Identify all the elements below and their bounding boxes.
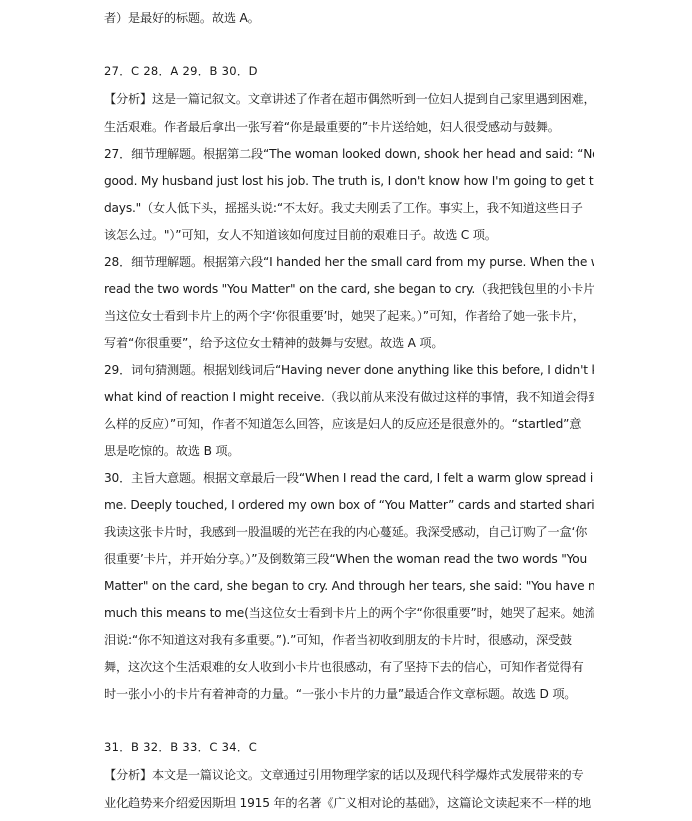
text-line: 业化趋势来介绍爱因斯坦 1915 年的名著《广义相对论的基础》，这篇论文读起来不… — [104, 794, 594, 812]
text-line: 写着“你很重要”，给予这位女士精神的鼓舞与安慰。故选 A 项。 — [104, 334, 594, 352]
text-line: 【分析】这是一篇记叙文。文章讲述了作者在超市偶然听到一位妇人提到自己家里遇到困难… — [104, 90, 594, 108]
answer-key-line: 31．B 32．B 33．C 34．C — [104, 738, 594, 756]
text-line: good. My husband just lost his job. The … — [104, 172, 594, 190]
text-line: 27．细节理解题。根据第二段“The woman looked down, sh… — [104, 145, 594, 163]
text-line: what kind of reaction I might receive.（我… — [104, 388, 594, 406]
text-line: me. Deeply touched, I ordered my own box… — [104, 496, 594, 514]
text-line: 28．细节理解题。根据第六段“I handed her the small ca… — [104, 253, 594, 271]
text-line: 很重要’卡片，并开始分享。）”及倒数第三段“When the woman rea… — [104, 550, 594, 568]
text-line: 泪说:“你不知道这对我有多重要。”).”可知，作者当初收到朋友的卡片时，很感动，… — [104, 631, 594, 649]
text-line: 该怎么过。"）”可知，女人不知道该如何度过目前的艰难日子。故选 C 项。 — [104, 226, 594, 244]
text-line: 我读这张卡片时，我感到一股温暖的光芒在我的内心蔓延。我深受感动，自己订购了一盒‘… — [104, 523, 594, 541]
text-line: 29．词句猜测题。根据划线词后“Having never done anythi… — [104, 361, 594, 379]
text-line: days."（女人低下头，摇摇头说:“不太好。我丈夫刚丢了工作。事实上，我不知道… — [104, 199, 594, 217]
text-line: 当这位女士看到卡片上的两个字‘你很重要’时，她哭了起来。）”可知，作者给了她一张… — [104, 307, 594, 325]
text-line: Matter" on the card, she began to cry. A… — [104, 577, 594, 595]
text-line: 生活艰难。作者最后拿出一张写着“你是最重要的”卡片送给她，妇人很受感动与鼓舞。 — [104, 118, 594, 136]
text-line: 【分析】本文是一篇议论文。文章通过引用物理学家的话以及现代科学爆炸式发展带来的专 — [104, 766, 594, 784]
text-line: 时一张小小的卡片有着神奇的力量。“一张小卡片的力量”最适合作文章标题。故选 D … — [104, 685, 594, 703]
text-line: 者）是最好的标题。故选 A。 — [104, 9, 594, 27]
text-line: 么样的反应）”可知，作者不知道怎么回答，应该是妇人的反应还是很意外的。“star… — [104, 415, 594, 433]
text-line: 思是吃惊的。故选 B 项。 — [104, 442, 594, 460]
text-line: 舞，这次这个生活艰难的女人收到小卡片也很感动，有了坚持下去的信心，可知作者觉得有 — [104, 658, 594, 676]
text-line: 30．主旨大意题。根据文章最后一段“When I read the card, … — [104, 469, 594, 487]
text-line: read the two words "You Matter" on the c… — [104, 280, 594, 298]
answer-key-line: 27．C 28．A 29．B 30．D — [104, 62, 594, 80]
text-line: much this means to me(当这位女士看到卡片上的两个字“你很重… — [104, 604, 594, 622]
